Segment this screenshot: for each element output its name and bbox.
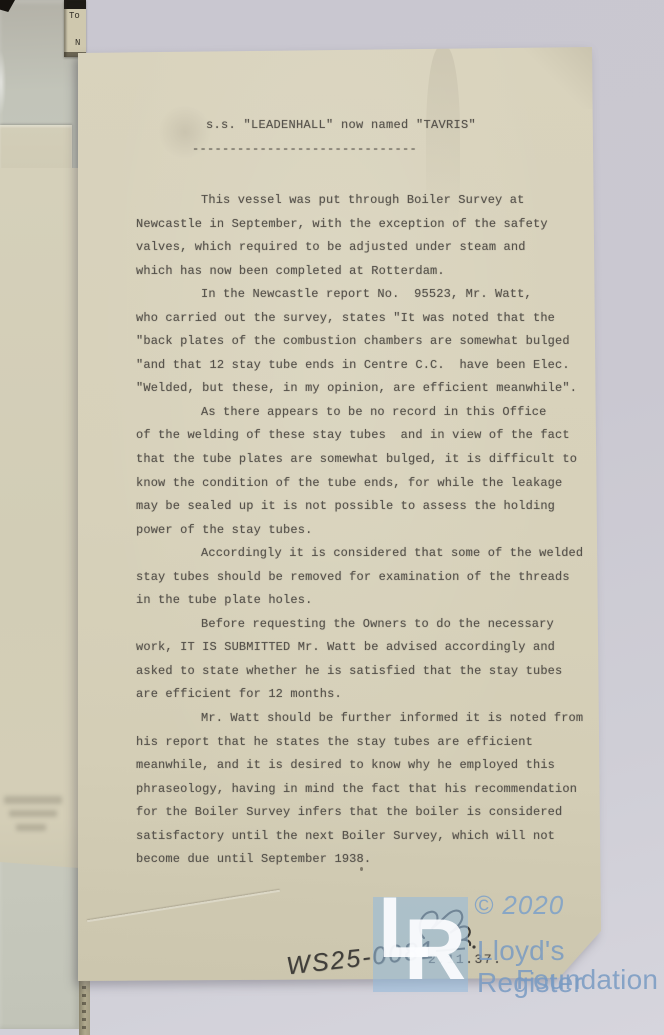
text-line: are efficient for 12 months.: [136, 687, 584, 711]
underlying-page-fragment-top: [0, 125, 72, 170]
text-line: power of the stay tubes.: [136, 523, 584, 547]
text-line: As there appears to be no record in this…: [136, 405, 584, 429]
bleed-through-marks: [82, 978, 86, 1033]
text-line: stay tubes should be removed for examina…: [136, 570, 584, 594]
newsprint-edge-strip: To N: [64, 0, 86, 57]
bleed-through-text: [4, 796, 62, 804]
text-line: Before requesting the Owners to do the n…: [136, 617, 584, 641]
date-stamp: 2.11.37.: [428, 952, 502, 967]
bleed-through-text: [9, 810, 57, 817]
text-line: In the Newcastle report No. 95523, Mr. W…: [136, 287, 584, 311]
text-line: "back plates of the combustion chambers …: [136, 334, 584, 358]
text-line: Accordingly it is considered that some o…: [136, 546, 584, 570]
scanned-document-view: To N s.s. "LEADENHALL" now named "TAVRIS…: [0, 0, 664, 1035]
text-line: asked to state whether he is satisfied t…: [136, 664, 584, 688]
paper-crease: [87, 890, 280, 922]
underlying-page-fragment: [0, 168, 79, 874]
paragraph: Mr. Watt should be further informed it i…: [136, 711, 584, 876]
text-line: his report that he states the stay tubes…: [136, 735, 584, 759]
text-line: phraseology, having in mind the fact tha…: [136, 782, 584, 806]
text-line: may be sealed up it is not possible to a…: [136, 499, 584, 523]
document-title: s.s. "LEADENHALL" now named "TAVRIS": [206, 118, 476, 132]
text-line: This vessel was put through Boiler Surve…: [136, 193, 584, 217]
document-edge-strip: [79, 976, 90, 1035]
paragraph: Before requesting the Owners to do the n…: [136, 617, 584, 711]
main-page-wrap: s.s. "LEADENHALL" now named "TAVRIS" ---…: [0, 0, 664, 1035]
text-line: of the welding of these stay tubes and i…: [136, 428, 584, 452]
document-page: s.s. "LEADENHALL" now named "TAVRIS" ---…: [78, 47, 602, 982]
text-line: who carried out the survey, states "It w…: [136, 311, 584, 335]
text-line: know the condition of the tube ends, for…: [136, 476, 584, 500]
bleed-through-text: [16, 824, 46, 831]
text-line: which has now been completed at Rotterda…: [136, 264, 584, 288]
paragraph: Accordingly it is considered that some o…: [136, 546, 584, 617]
paragraph: As there appears to be no record in this…: [136, 405, 584, 546]
text-line: become due until September 1938.: [136, 852, 584, 876]
text-line: "and that 12 stay tube ends in Centre C.…: [136, 358, 584, 382]
text-line: Mr. Watt should be further informed it i…: [136, 711, 584, 735]
corner-crease: [516, 47, 602, 109]
text-line: meanwhile, and it is desired to know why…: [136, 758, 584, 782]
text-line: valves, which required to be adjusted un…: [136, 240, 584, 264]
text-line: Newcastle in September, with the excepti…: [136, 217, 584, 241]
text-line: for the Boiler Survey infers that the bo…: [136, 805, 584, 829]
document-body: This vessel was put through Boiler Surve…: [136, 193, 584, 876]
text-line: that the tube plates are somewhat bulged…: [136, 452, 584, 476]
strip-text: To: [69, 11, 80, 21]
paper-stain: [148, 95, 222, 169]
paragraph: In the Newcastle report No. 95523, Mr. W…: [136, 287, 584, 405]
strip-text: N: [75, 38, 80, 48]
text-line: in the tube plate holes.: [136, 593, 584, 617]
text-line: work, IT IS SUBMITTED Mr. Watt be advise…: [136, 640, 584, 664]
title-underline: ------------------------------: [192, 142, 417, 156]
text-line: satisfactory until the next Boiler Surve…: [136, 829, 584, 853]
text-line: "Welded, but these, in my opinion, are e…: [136, 381, 584, 405]
paragraph: This vessel was put through Boiler Surve…: [136, 193, 584, 287]
